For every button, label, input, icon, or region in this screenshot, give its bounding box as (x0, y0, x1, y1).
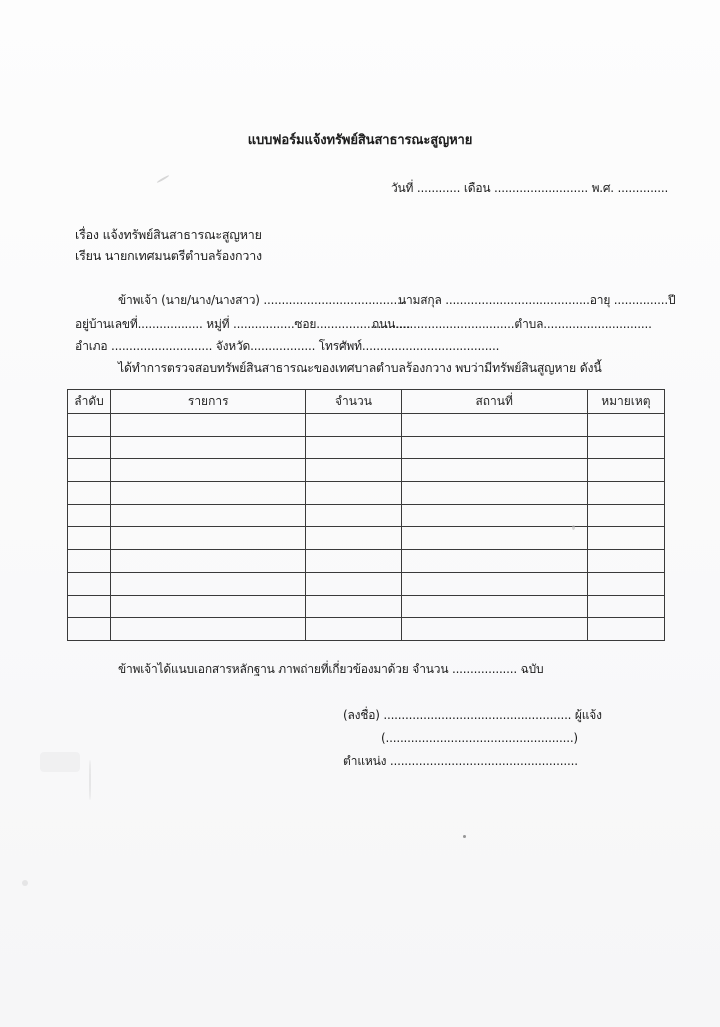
signature-line: (ลงชื่อ) ...............................… (343, 707, 602, 723)
cell-quantity[interactable] (306, 436, 401, 459)
cell-item[interactable] (111, 618, 306, 641)
cell-remarks[interactable] (587, 436, 664, 459)
cell-item[interactable] (111, 482, 306, 505)
signature-name-line: (.......................................… (381, 730, 578, 746)
cell-location[interactable] (401, 414, 587, 437)
table-row (68, 550, 665, 573)
table-row (68, 459, 665, 482)
reporter-surname-age-line: นามสกุล ................................… (398, 292, 675, 308)
cell-item[interactable] (111, 527, 306, 550)
cell-order[interactable] (68, 595, 111, 618)
cell-item[interactable] (111, 572, 306, 595)
cell-order[interactable] (68, 527, 111, 550)
cell-quantity[interactable] (306, 550, 401, 573)
cell-location[interactable] (401, 504, 587, 527)
cell-location[interactable] (401, 595, 587, 618)
header-remarks: หมายเหตุ (587, 390, 664, 414)
cell-location[interactable] (401, 436, 587, 459)
cell-location[interactable] (401, 618, 587, 641)
cell-order[interactable] (68, 414, 111, 437)
cell-item[interactable] (111, 436, 306, 459)
cell-order[interactable] (68, 504, 111, 527)
cell-item[interactable] (111, 550, 306, 573)
lost-items-table: ลำดับ รายการ จำนวน สถานที่ หมายเหตุ (67, 389, 665, 641)
cell-quantity[interactable] (306, 618, 401, 641)
cell-location[interactable] (401, 459, 587, 482)
cell-quantity[interactable] (306, 572, 401, 595)
scan-speck (572, 525, 575, 530)
cell-remarks[interactable] (587, 527, 664, 550)
table-row (68, 504, 665, 527)
cell-quantity[interactable] (306, 527, 401, 550)
cell-order[interactable] (68, 618, 111, 641)
cell-remarks[interactable] (587, 618, 664, 641)
attachment-statement: ข้าพเจ้าได้แนบเอกสารหลักฐาน ภาพถ่ายที่เก… (118, 661, 543, 677)
cell-order[interactable] (68, 550, 111, 573)
addressee-line: เรียน นายกเทศมนตรีตำบลร้องกวาง (75, 248, 262, 264)
cell-quantity[interactable] (306, 482, 401, 505)
cell-quantity[interactable] (306, 595, 401, 618)
cell-remarks[interactable] (587, 482, 664, 505)
date-line: วันที่ ............ เดือน ..............… (391, 180, 668, 196)
signature-position-line: ตำแหน่ง ................................… (343, 753, 578, 769)
reporter-district-line: อำเภอ ............................ จังหว… (75, 338, 499, 354)
scan-speck (463, 835, 466, 838)
header-quantity: จำนวน (306, 390, 401, 414)
reporter-name-line: ข้าพเจ้า (นาย/นาง/นางสาว) ..............… (118, 292, 404, 308)
cell-remarks[interactable] (587, 550, 664, 573)
cell-remarks[interactable] (587, 414, 664, 437)
cell-item[interactable] (111, 595, 306, 618)
table-row (68, 527, 665, 550)
cell-location[interactable] (401, 527, 587, 550)
table-row (68, 595, 665, 618)
subject-line: เรื่อง แจ้งทรัพย์สินสาธารณะสูญหาย (75, 227, 262, 243)
cell-item[interactable] (111, 414, 306, 437)
cell-quantity[interactable] (306, 459, 401, 482)
table-row (68, 414, 665, 437)
cell-remarks[interactable] (587, 459, 664, 482)
table-row (68, 482, 665, 505)
form-title: แบบฟอร์มแจ้งทรัพย์สินสาธารณะสูญหาย (0, 133, 720, 149)
reporter-address-line: อยู่บ้านเลขที่.................. หมู่ที่… (75, 316, 410, 332)
header-order: ลำดับ (68, 390, 111, 414)
cell-order[interactable] (68, 572, 111, 595)
scan-speck (156, 175, 169, 184)
scan-speck (40, 752, 80, 772)
cell-remarks[interactable] (587, 595, 664, 618)
form-page: แบบฟอร์มแจ้งทรัพย์สินสาธารณะสูญหาย วันที… (0, 0, 720, 1027)
cell-item[interactable] (111, 504, 306, 527)
table-row (68, 572, 665, 595)
cell-remarks[interactable] (587, 504, 664, 527)
cell-order[interactable] (68, 436, 111, 459)
cell-remarks[interactable] (587, 572, 664, 595)
cell-location[interactable] (401, 482, 587, 505)
cell-order[interactable] (68, 482, 111, 505)
cell-quantity[interactable] (306, 414, 401, 437)
cell-item[interactable] (111, 459, 306, 482)
table-row (68, 436, 665, 459)
inspection-statement: ได้ทำการตรวจสอบทรัพย์สินสาธารณะของเทศบาล… (118, 360, 602, 376)
scan-speck (89, 760, 91, 800)
cell-location[interactable] (401, 572, 587, 595)
reporter-road-subdistrict-line: ถนน.................................ตำบล… (372, 316, 652, 332)
header-item: รายการ (111, 390, 306, 414)
cell-location[interactable] (401, 550, 587, 573)
cell-quantity[interactable] (306, 504, 401, 527)
table-header-row: ลำดับ รายการ จำนวน สถานที่ หมายเหตุ (68, 390, 665, 414)
header-location: สถานที่ (401, 390, 587, 414)
cell-order[interactable] (68, 459, 111, 482)
table-row (68, 618, 665, 641)
scan-speck (22, 880, 28, 886)
